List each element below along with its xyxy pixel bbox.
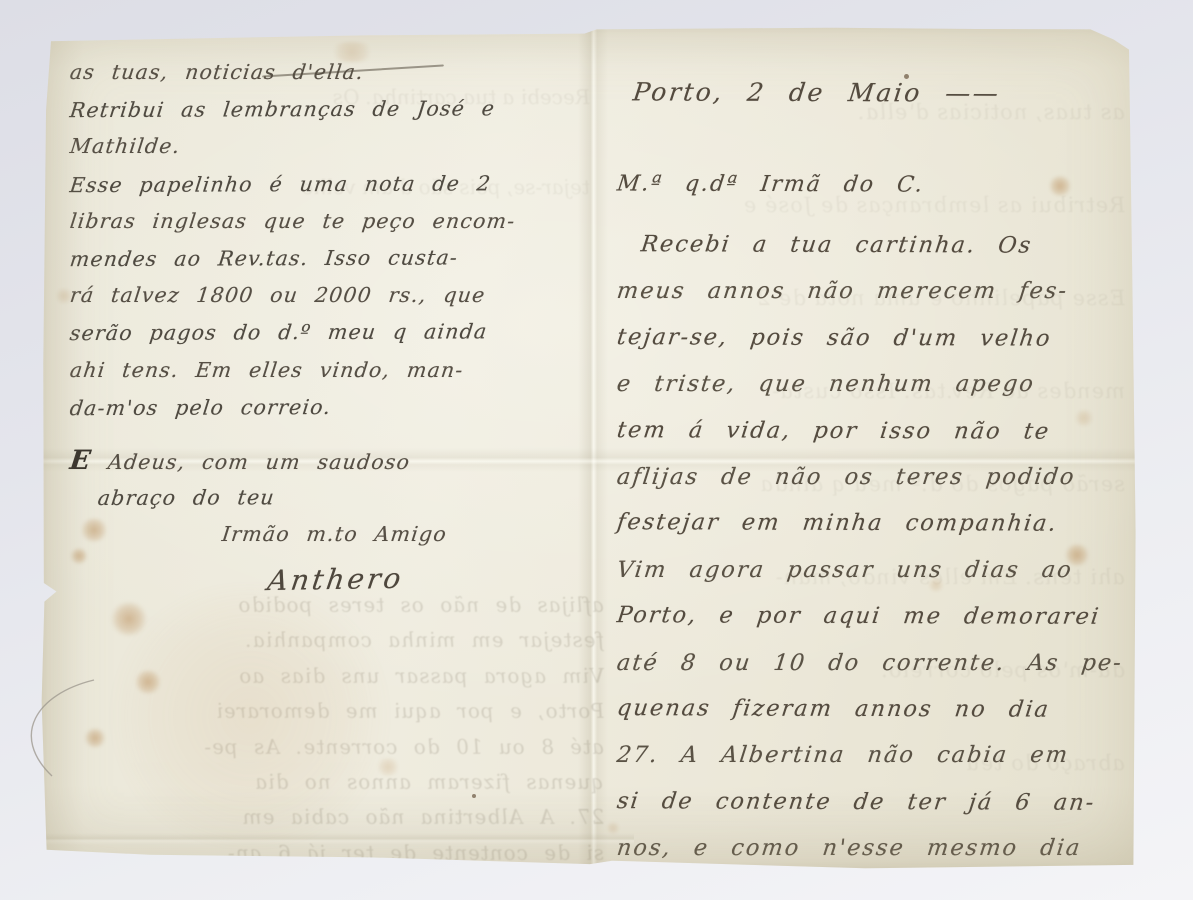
letter-heading-date: Porto, 2 de Maio ——	[630, 69, 1003, 117]
ink-show-through-line: Porto, e por aqui me demorarei	[46, 694, 606, 729]
handwritten-line: Vim agora passar uns dias ao	[614, 547, 1126, 593]
handwritten-line: Mathilde.	[68, 128, 603, 165]
handwritten-line: da-m'os pelo correio.	[68, 388, 603, 427]
closing-line: Irmão m.to Amigo	[68, 516, 603, 553]
handwritten-line: 27. A Albertina não cabia em	[614, 732, 1126, 778]
handwritten-line: Esse papelinho é uma nota de 2	[68, 164, 603, 203]
ink-show-through-line: até 8 ou 10 do corrente. As pe-	[46, 730, 606, 765]
handwritten-line: até 8 ou 10 do corrente. As pe-	[614, 640, 1126, 686]
handwritten-line: Retribui as lembranças de José e	[68, 90, 603, 129]
handwritten-line: serão pagos do d.º meu q ainda	[68, 313, 603, 352]
handwritten-line: tejar-se, pois são d'um velho	[614, 314, 1125, 362]
handwritten-line: rá talvez 1800 ou 2000 rs., que	[68, 277, 603, 314]
ink-show-through-line: 27. A Albertina não cabia em	[46, 800, 606, 835]
handwritten-line: mendes ao Rev.tas. Isso custa-	[68, 239, 603, 278]
ink-show-through-line: Vim agora passar uns dias ao	[46, 659, 606, 694]
ink-speck	[472, 794, 476, 798]
handwritten-line: libras inglesas que te peço encom-	[68, 203, 603, 240]
ink-show-through-line: festejar em minha companhia.	[46, 623, 606, 658]
letter-paper: Recebi a tua cartinha. Os tejar-se, pois…	[40, 26, 1140, 870]
handwritten-line: tem á vida, por isso não te	[614, 407, 1125, 455]
ink-show-through-line: quenas fizeram annos no dia	[46, 765, 606, 800]
handwritten-line: e triste, que nenhum apego	[614, 361, 1126, 407]
handwritten-line: ahi tens. Em elles vindo, man-	[68, 352, 603, 389]
ink-speck	[904, 74, 909, 79]
handwritten-line: si de contente de ter já 6 an-	[614, 778, 1125, 826]
ink-show-through-block: aflijas de não os teres podido festejar …	[48, 588, 604, 871]
handwritten-line: festejar em minha companhia.	[614, 499, 1125, 547]
closing-line: abraço do teu	[68, 478, 603, 517]
ink-show-through-line: si de contente de ter já 6 an-	[46, 836, 606, 871]
letter-salutation: M.ª q.dª Irmã do C.	[614, 161, 927, 208]
handwritten-line: quenas fizeram annos no dia	[614, 685, 1125, 733]
handwritten-line: meus annos não merecem fes-	[614, 268, 1126, 314]
handwritten-line: nos, e como n'esse mesmo dia	[614, 825, 1126, 871]
handwritten-line: Porto, e por aqui me demorarei	[614, 592, 1125, 640]
closing-line: E Adeus, com um saudoso	[68, 442, 603, 479]
ink-show-through-line: aflijas de não os teres podido	[46, 588, 606, 623]
handwritten-line: aflijas de não os teres podido	[614, 454, 1126, 500]
photo-background: Recebi a tua cartinha. Os tejar-se, pois…	[0, 0, 1193, 900]
left-page-text: as tuas, noticias d'ella. Retribui as le…	[70, 54, 600, 596]
handwritten-line: Recebi a tua cartinha. Os	[614, 221, 1125, 269]
